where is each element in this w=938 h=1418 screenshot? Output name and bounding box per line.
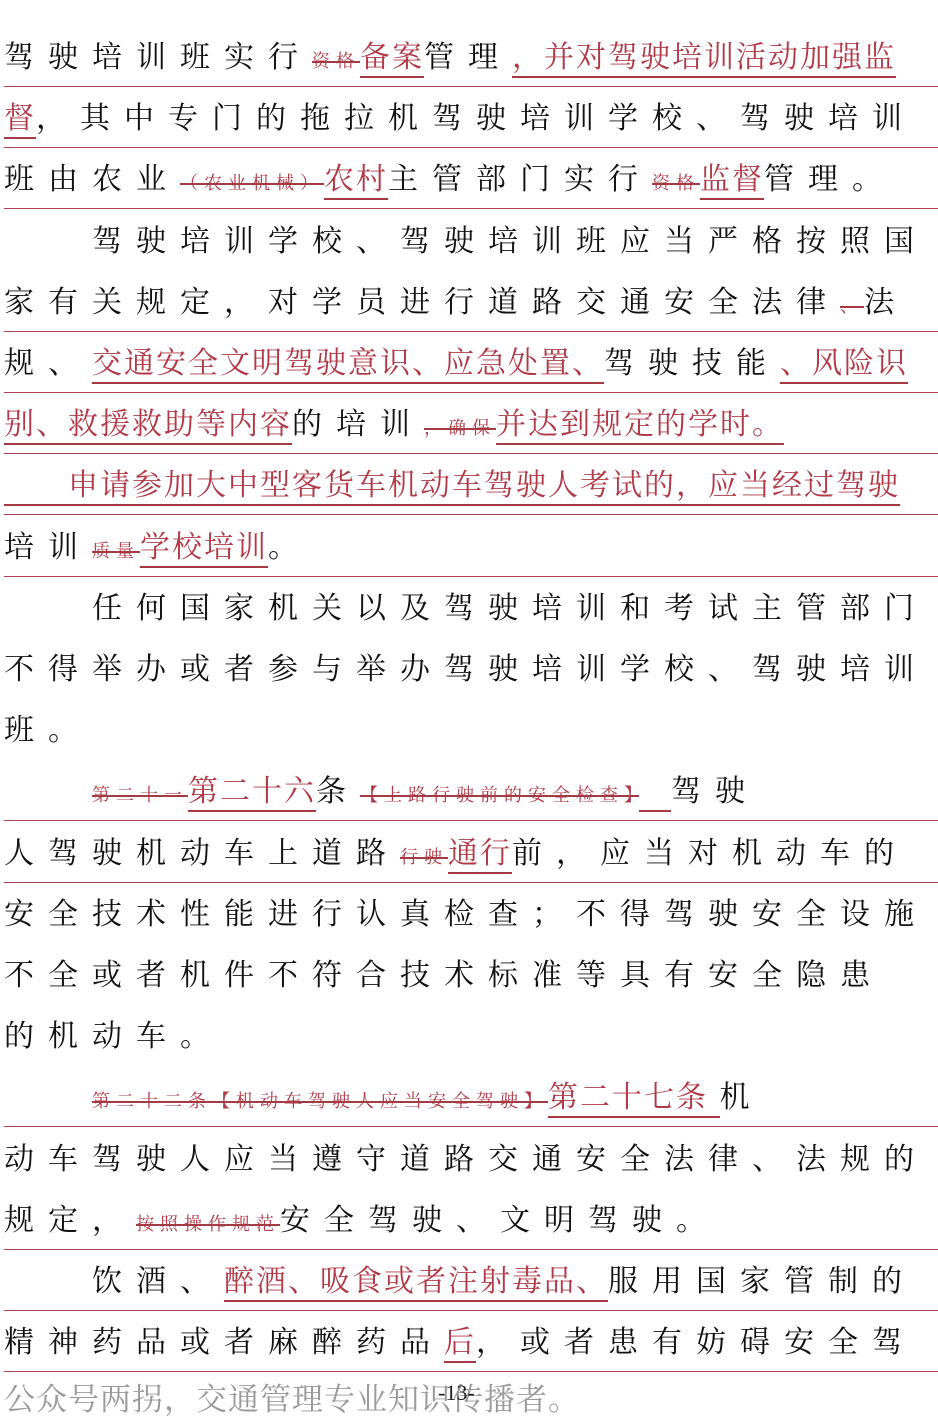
- text-line: 第二十一第二十六条【上路行驶前的安全检查】 驾驶: [4, 767, 938, 817]
- page-number: -13-: [438, 1380, 475, 1406]
- inserted-text: 督: [4, 101, 36, 139]
- body-text: 家有关规定，对学员进行道路交通安全法律: [4, 285, 840, 320]
- inserted-text: ，并对驾驶培训活动加强监: [512, 40, 896, 78]
- inserted-text: 学校培训: [140, 530, 268, 568]
- body-text: 法: [864, 285, 908, 320]
- revision-underline: [4, 208, 938, 209]
- body-text: 精神药品或者麻醉药品: [4, 1325, 444, 1360]
- inserted-text: 第二十六: [188, 774, 316, 812]
- body-text: ，其中专门的拖拉机驾驶培训学校、驾驶培训: [36, 101, 916, 136]
- deleted-text: 按照操作规范: [136, 1214, 280, 1235]
- body-text: 驾驶技能: [604, 346, 780, 381]
- inserted-text: 申请参加大中型客货车机动车驾驶人考试的，应当经过驾驶: [4, 468, 900, 506]
- text-line: 规、交通安全文明驾驶意识、应急处置、驾驶技能、风险识: [4, 339, 938, 389]
- text-line: 任何国家机关以及驾驶培训和考试主管部门: [4, 584, 938, 634]
- body-text: 安全技术性能进行认真检查；不得驾驶安全设施: [4, 897, 928, 932]
- revision-underline: [4, 453, 938, 454]
- body-text: 班由农业: [4, 162, 180, 197]
- body-text: 机: [720, 1080, 764, 1115]
- body-text: 班。: [4, 713, 92, 748]
- text-line: 第二十二条【机动车驾驶人应当安全驾驶】第二十七条 机: [4, 1073, 938, 1123]
- text-line: 班。: [4, 706, 938, 756]
- text-line: 驾驶培训学校、驾驶培训班应当严格按照国: [4, 217, 938, 267]
- inserted-text: 农村: [324, 162, 388, 200]
- inserted-text: [639, 774, 671, 812]
- body-text: 不得举办或者参与举办驾驶培训学校、驾驶培训: [4, 652, 928, 687]
- body-text: 任何国家机关以及驾驶培训和考试主管部门: [4, 591, 928, 626]
- text-line: 申请参加大中型客货车机动车驾驶人考试的，应当经过驾驶: [4, 461, 938, 511]
- body-text: 动车驾驶人应当遵守道路交通安全法律、法规的: [4, 1142, 928, 1177]
- revision-underline: [4, 1310, 938, 1311]
- inserted-text: 通行: [448, 836, 512, 874]
- body-text: 饮酒、: [4, 1264, 224, 1299]
- body-text: 管理。: [764, 162, 896, 197]
- revision-underline: [4, 1126, 938, 1127]
- text-line: 饮酒、醉酒、吸食或者注射毒品、服用国家管制的: [4, 1257, 938, 1307]
- body-text: 条: [316, 774, 360, 809]
- text-line: 家有关规定，对学员进行道路交通安全法律、法: [4, 278, 938, 328]
- body-text: [4, 774, 92, 809]
- watermark: 公众号两拐，交通管理专业知识传播者。: [4, 1374, 580, 1418]
- deleted-text: 质量: [92, 541, 140, 562]
- document-page: 驾驶培训班实行资格备案管理，并对驾驶培训活动加强监督，其中专门的拖拉机驾驶培训学…: [0, 0, 938, 1418]
- deleted-text: 、: [840, 296, 864, 317]
- body-text: ，或者患有妨碍安全驾: [476, 1325, 916, 1360]
- body-text: 驾驶: [671, 774, 759, 809]
- revision-underline: [4, 86, 938, 87]
- text-line: 督，其中专门的拖拉机驾驶培训学校、驾驶培训: [4, 94, 938, 144]
- text-line: 别、救援救助等内容的培训，确保并达到规定的学时。: [4, 400, 938, 450]
- body-text: 。: [268, 530, 312, 565]
- body-text: 规定，: [4, 1203, 136, 1238]
- inserted-text: 并达到规定的学时。: [496, 407, 784, 445]
- inserted-text: 、风险识: [780, 346, 908, 384]
- text-line: 动车驾驶人应当遵守道路交通安全法律、法规的: [4, 1135, 938, 1185]
- deleted-text: 资格: [652, 173, 700, 194]
- text-line: 培训质量学校培训。: [4, 523, 938, 573]
- body-text: 管理: [424, 40, 512, 75]
- revision-underline: [4, 576, 938, 577]
- body-text: 规、: [4, 346, 92, 381]
- revision-underline: [4, 1249, 938, 1250]
- deleted-text: ，确保: [424, 418, 496, 439]
- body-text: 服用国家管制的: [608, 1264, 916, 1299]
- text-line: 的机动车。: [4, 1012, 938, 1062]
- revision-underline: [4, 1371, 938, 1372]
- body-text: 培训: [4, 530, 92, 565]
- body-text: 主管部门实行: [388, 162, 652, 197]
- deleted-text: 第二十一: [92, 785, 188, 806]
- inserted-text: 醉酒、吸食或者注射毒品、: [224, 1264, 608, 1302]
- text-line: 人驾驶机动车上道路行驶通行前，应当对机动车的: [4, 829, 938, 879]
- text-line: 安全技术性能进行认真检查；不得驾驶安全设施: [4, 890, 938, 940]
- body-text: 驾驶培训班实行: [4, 40, 312, 75]
- text-line: 班由农业（农业机械）农村主管部门实行资格监督管理。: [4, 155, 938, 205]
- deleted-text: 【上路行驶前的安全检查】: [360, 785, 639, 806]
- body-text: [4, 1080, 92, 1115]
- deleted-text: 资格: [312, 51, 360, 72]
- body-text: 驾驶培训学校、驾驶培训班应当严格按照国: [4, 224, 928, 259]
- body-text: 的培训: [292, 407, 424, 442]
- inserted-text: 监督: [700, 162, 764, 200]
- inserted-text: 后: [444, 1325, 476, 1363]
- text-line: 规定，按照操作规范安全驾驶、文明驾驶。: [4, 1196, 938, 1246]
- inserted-text: 交通安全文明驾驶意识、应急处置、: [92, 346, 604, 384]
- revision-underline: [4, 392, 938, 393]
- body-text: 的机动车。: [4, 1019, 224, 1054]
- revision-underline: [4, 514, 938, 515]
- body-text: 前，应当对机动车的: [512, 836, 908, 871]
- body-text: 人驾驶机动车上道路: [4, 836, 400, 871]
- revision-underline: [4, 820, 938, 821]
- inserted-text: 别、救援救助等内容: [4, 407, 292, 445]
- text-line: 不全或者机件不符合技术标准等具有安全隐患: [4, 951, 938, 1001]
- text-line: 不得举办或者参与举办驾驶培训学校、驾驶培训: [4, 645, 938, 695]
- revision-underline: [4, 147, 938, 148]
- inserted-text: 备案: [360, 40, 424, 78]
- deleted-text: 行驶: [400, 847, 448, 868]
- deleted-text: 第二十二条【机动车驾驶人应当安全驾驶】: [92, 1091, 548, 1112]
- revision-underline: [4, 331, 938, 332]
- inserted-text: 第二十七条: [548, 1080, 720, 1118]
- body-text: 不全或者机件不符合技术标准等具有安全隐患: [4, 958, 884, 993]
- revision-underline: [4, 882, 938, 883]
- text-line: 驾驶培训班实行资格备案管理，并对驾驶培训活动加强监: [4, 33, 938, 83]
- body-text: 安全驾驶、文明驾驶。: [280, 1203, 720, 1238]
- text-line: 精神药品或者麻醉药品后，或者患有妨碍安全驾: [4, 1318, 938, 1368]
- deleted-text: （农业机械）: [180, 173, 324, 194]
